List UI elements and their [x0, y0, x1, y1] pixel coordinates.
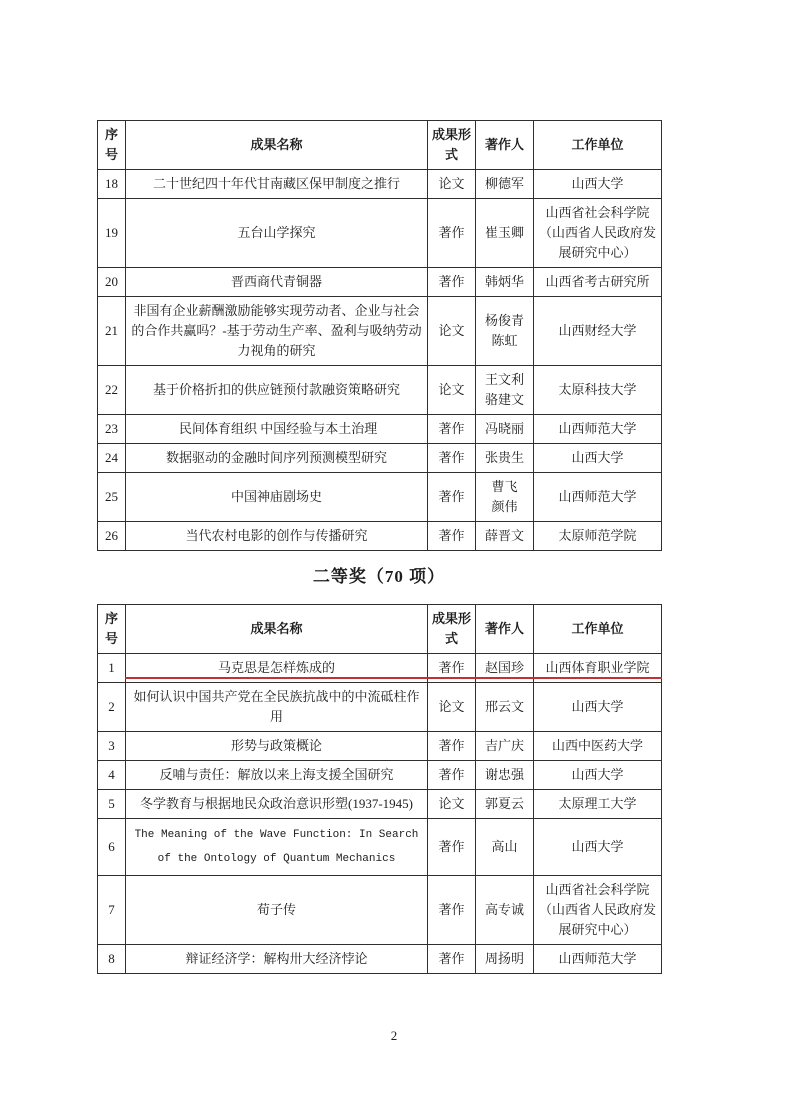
cell-unit: 山西师范大学 [534, 415, 662, 444]
cell-name: 荀子传 [126, 876, 428, 945]
cell-author: 柳德军 [476, 170, 534, 199]
cell-author: 谢忠强 [476, 761, 534, 790]
second-prize-table-body: 1马克思是怎样炼成的著作赵国珍山西体育职业学院2如何认识中国共产党在全民族抗战中… [98, 654, 662, 974]
cell-author: 曹飞 颜伟 [476, 473, 534, 522]
cell-unit: 山西大学 [534, 819, 662, 876]
cell-name: 晋西商代青铜器 [126, 268, 428, 297]
page-content: 序号 成果名称 成果形式 著作人 工作单位 18二十世纪四十年代甘南藏区保甲制度… [97, 120, 663, 974]
cell-name: 当代农村电影的创作与传播研究 [126, 522, 428, 551]
col-header-author: 著作人 [476, 121, 534, 170]
cell-form: 论文 [428, 790, 476, 819]
cell-unit: 山西省考古研究所 [534, 268, 662, 297]
header-row: 序号 成果名称 成果形式 著作人 工作单位 [98, 121, 662, 170]
cell-seq: 25 [98, 473, 126, 522]
cell-seq: 6 [98, 819, 126, 876]
cell-seq: 7 [98, 876, 126, 945]
table-row: 8辩证经济学：解构卅大经济悖论著作周扬明山西师范大学 [98, 945, 662, 974]
cell-author: 冯晓丽 [476, 415, 534, 444]
table-row: 7荀子传著作高专诚山西省社会科学院（山西省人民政府发展研究中心） [98, 876, 662, 945]
cell-form: 著作 [428, 819, 476, 876]
table-row: 26当代农村电影的创作与传播研究著作薛晋文太原师范学院 [98, 522, 662, 551]
second-prize-table: 序号 成果名称 成果形式 著作人 工作单位 1马克思是怎样炼成的著作赵国珍山西体… [97, 604, 662, 974]
cell-seq: 18 [98, 170, 126, 199]
cell-author: 高山 [476, 819, 534, 876]
col-header-unit: 工作单位 [534, 121, 662, 170]
second-prize-table-header: 序号 成果名称 成果形式 著作人 工作单位 [98, 605, 662, 654]
cell-unit: 山西大学 [534, 683, 662, 732]
cell-name: 五台山学探究 [126, 199, 428, 268]
cell-form: 著作 [428, 761, 476, 790]
cell-seq: 23 [98, 415, 126, 444]
cell-form: 著作 [428, 268, 476, 297]
cell-seq: 26 [98, 522, 126, 551]
col-header-name: 成果名称 [126, 121, 428, 170]
cell-form: 论文 [428, 170, 476, 199]
cell-name: 辩证经济学：解构卅大经济悖论 [126, 945, 428, 974]
cell-form: 著作 [428, 415, 476, 444]
table-row: 21非国有企业薪酬激励能够实现劳动者、企业与社会的合作共赢吗？-基于劳动生产率、… [98, 297, 662, 366]
cell-author: 杨俊青 陈虹 [476, 297, 534, 366]
table-row: 18二十世纪四十年代甘南藏区保甲制度之推行论文柳德军山西大学 [98, 170, 662, 199]
cell-seq: 5 [98, 790, 126, 819]
cell-seq: 19 [98, 199, 126, 268]
table-row: 6The Meaning of the Wave Function: In Se… [98, 819, 662, 876]
cell-name: 民间体育组织 中国经验与本土治理 [126, 415, 428, 444]
cell-form: 著作 [428, 876, 476, 945]
cell-unit: 山西省社会科学院（山西省人民政府发展研究中心） [534, 876, 662, 945]
cell-unit: 太原师范学院 [534, 522, 662, 551]
cell-name: 形势与政策概论 [126, 732, 428, 761]
table-row: 23 民间体育组织 中国经验与本土治理著作冯晓丽山西师范大学 [98, 415, 662, 444]
cell-seq: 21 [98, 297, 126, 366]
col-header-unit: 工作单位 [534, 605, 662, 654]
cell-unit: 山西体育职业学院 [534, 654, 662, 683]
cell-author: 薛晋文 [476, 522, 534, 551]
cell-name: 基于价格折扣的供应链预付款融资策略研究 [126, 366, 428, 415]
cell-form: 著作 [428, 522, 476, 551]
cell-author: 张贵生 [476, 444, 534, 473]
cell-unit: 山西省社会科学院（山西省人民政府发展研究中心） [534, 199, 662, 268]
cell-seq: 4 [98, 761, 126, 790]
table-row: 25中国神庙剧场史著作曹飞 颜伟山西师范大学 [98, 473, 662, 522]
first-prize-table-body: 18二十世纪四十年代甘南藏区保甲制度之推行论文柳德军山西大学19五台山学探究著作… [98, 170, 662, 551]
cell-author: 韩炳华 [476, 268, 534, 297]
cell-form: 著作 [428, 199, 476, 268]
first-prize-table-header: 序号 成果名称 成果形式 著作人 工作单位 [98, 121, 662, 170]
cell-name: 数据驱动的金融时间序列预测模型研究 [126, 444, 428, 473]
cell-form: 著作 [428, 654, 476, 683]
cell-name: The Meaning of the Wave Function: In Sea… [126, 819, 428, 876]
table-row: 24数据驱动的金融时间序列预测模型研究著作张贵生山西大学 [98, 444, 662, 473]
cell-author: 赵国珍 [476, 654, 534, 683]
cell-unit: 太原科技大学 [534, 366, 662, 415]
cell-unit: 山西财经大学 [534, 297, 662, 366]
cell-form: 论文 [428, 683, 476, 732]
cell-form: 著作 [428, 473, 476, 522]
cell-name: 非国有企业薪酬激励能够实现劳动者、企业与社会的合作共赢吗？-基于劳动生产率、盈利… [126, 297, 428, 366]
cell-name: 二十世纪四十年代甘南藏区保甲制度之推行 [126, 170, 428, 199]
cell-author: 周扬明 [476, 945, 534, 974]
page-number: 2 [0, 1028, 788, 1044]
cell-seq: 1 [98, 654, 126, 683]
cell-seq: 22 [98, 366, 126, 415]
cell-seq: 3 [98, 732, 126, 761]
table-row: 20晋西商代青铜器著作韩炳华山西省考古研究所 [98, 268, 662, 297]
col-header-name: 成果名称 [126, 605, 428, 654]
cell-unit: 山西大学 [534, 444, 662, 473]
table-row: 19五台山学探究著作崔玉卿山西省社会科学院（山西省人民政府发展研究中心） [98, 199, 662, 268]
table-row: 5冬学教育与根据地民众政治意识形塑(1937-1945)论文郭夏云太原理工大学 [98, 790, 662, 819]
cell-author: 郭夏云 [476, 790, 534, 819]
cell-unit: 山西师范大学 [534, 473, 662, 522]
cell-name: 冬学教育与根据地民众政治意识形塑(1937-1945) [126, 790, 428, 819]
cell-unit: 太原理工大学 [534, 790, 662, 819]
cell-unit: 山西大学 [534, 761, 662, 790]
col-header-form: 成果形式 [428, 605, 476, 654]
col-header-form: 成果形式 [428, 121, 476, 170]
cell-form: 著作 [428, 945, 476, 974]
cell-form: 论文 [428, 366, 476, 415]
cell-seq: 24 [98, 444, 126, 473]
col-header-seq: 序号 [98, 121, 126, 170]
col-header-seq: 序号 [98, 605, 126, 654]
cell-author: 吉广庆 [476, 732, 534, 761]
cell-form: 著作 [428, 732, 476, 761]
cell-author: 王文利 骆建文 [476, 366, 534, 415]
cell-seq: 20 [98, 268, 126, 297]
cell-author: 崔玉卿 [476, 199, 534, 268]
cell-author: 高专诚 [476, 876, 534, 945]
cell-name: 反哺与责任：解放以来上海支援全国研究 [126, 761, 428, 790]
first-prize-table: 序号 成果名称 成果形式 著作人 工作单位 18二十世纪四十年代甘南藏区保甲制度… [97, 120, 662, 551]
header-row: 序号 成果名称 成果形式 著作人 工作单位 [98, 605, 662, 654]
table-row: 4反哺与责任：解放以来上海支援全国研究著作谢忠强山西大学 [98, 761, 662, 790]
cell-seq: 8 [98, 945, 126, 974]
cell-unit: 山西大学 [534, 170, 662, 199]
section-heading-second-prize: 二等奖（70 项） [97, 564, 661, 590]
cell-form: 著作 [428, 444, 476, 473]
cell-unit: 山西中医药大学 [534, 732, 662, 761]
col-header-author: 著作人 [476, 605, 534, 654]
table-row: 2如何认识中国共产党在全民族抗战中的中流砥柱作用论文邢云文山西大学 [98, 683, 662, 732]
cell-name: 中国神庙剧场史 [126, 473, 428, 522]
table-row: 3形势与政策概论著作吉广庆山西中医药大学 [98, 732, 662, 761]
cell-name: 马克思是怎样炼成的 [126, 654, 428, 683]
table-row: 1马克思是怎样炼成的著作赵国珍山西体育职业学院 [98, 654, 662, 683]
cell-form: 论文 [428, 297, 476, 366]
cell-unit: 山西师范大学 [534, 945, 662, 974]
cell-author: 邢云文 [476, 683, 534, 732]
document-page: { "page": { "number": "2" }, "table": { … [0, 0, 788, 1114]
table-row: 22基于价格折扣的供应链预付款融资策略研究论文王文利 骆建文太原科技大学 [98, 366, 662, 415]
cell-name: 如何认识中国共产党在全民族抗战中的中流砥柱作用 [126, 683, 428, 732]
cell-seq: 2 [98, 683, 126, 732]
